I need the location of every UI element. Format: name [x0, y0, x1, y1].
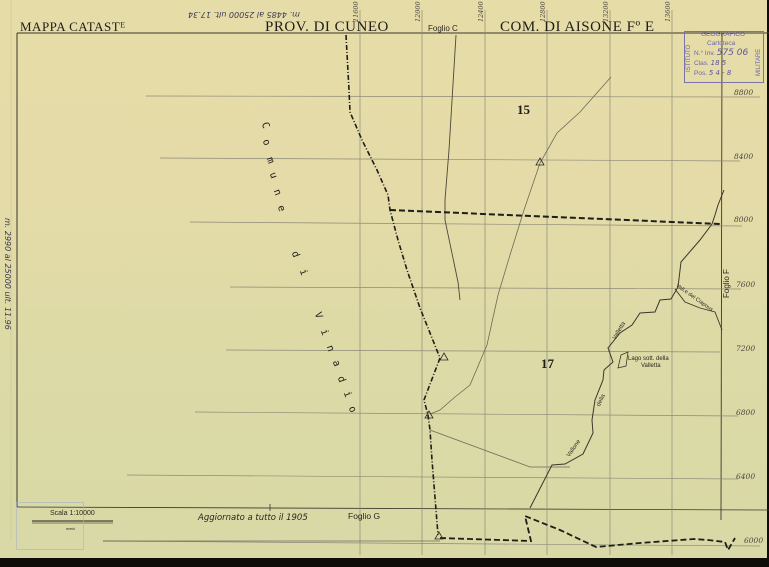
map-type-title: MAPPA CATASTᴱ: [20, 19, 126, 35]
stamp-inventory-label: N.° Inv.: [694, 50, 715, 57]
top-coord-label: 12800: [539, 1, 547, 22]
stamp-org-left: ISTITUTO: [686, 45, 692, 72]
right-coord-label: 6800: [736, 408, 755, 417]
parcel-number-15: 15: [517, 102, 530, 118]
stamp-class-value: 18 5: [711, 59, 727, 67]
top-coord-label: 11600: [352, 1, 360, 22]
right-coord-label: 6400: [736, 472, 755, 481]
lago-label-line1: Lago sott. della: [628, 356, 669, 362]
top-coord-label: 12400: [477, 1, 485, 22]
stamp-class: Clas. 18 5: [694, 59, 726, 67]
foglio-f-label: Foglio F: [722, 269, 731, 298]
stamp-cartoteca: Cartoteca: [707, 40, 735, 47]
stamp-position-label: Pos.: [694, 70, 707, 77]
province-title: PROV. DI CUNEO: [265, 19, 389, 36]
parcel-number-17: 17: [541, 356, 554, 372]
stamp-org-right: MILITARE: [756, 49, 762, 76]
lago-label-line2: Valletta: [641, 363, 661, 369]
foglio-g-label: Foglio G: [348, 511, 380, 521]
right-coord-label: 8800: [734, 88, 753, 97]
right-coord-label: 7200: [736, 344, 755, 353]
top-coord-label: 13600: [664, 1, 672, 22]
handwritten-inventory-note: m. 4485 al 25000 ult. 17.34: [188, 10, 300, 19]
stamp-inventory-value: 575 06: [717, 48, 749, 58]
map-linework: [0, 0, 769, 567]
scale-bar: Scala 1:10000 metri: [28, 510, 123, 530]
stamp-inventory: N.° Inv. 575 06: [694, 48, 748, 58]
scale-unit-label: metri: [66, 526, 75, 531]
foglio-c-label: Foglio C: [428, 24, 458, 33]
top-coord-label: 13200: [602, 1, 610, 22]
cadastral-map-sheet: MAPPA CATASTᴱ PROV. DI CUNEO COM. DI AIS…: [0, 0, 767, 558]
municipality-title: COM. DI AISONE Fº E: [500, 19, 655, 36]
istituto-geografico-militare-stamp: GEOGRAFICO Cartoteca N.° Inv. 575 06 Cla…: [684, 31, 764, 83]
stamp-position-value: 5 4 - 8: [709, 69, 732, 77]
right-coord-label: 8400: [734, 152, 753, 161]
right-coord-label: 6000: [744, 536, 763, 545]
right-coord-label: 8000: [734, 215, 753, 224]
stamp-org-top: GEOGRAFICO: [701, 31, 745, 38]
top-coord-label: 12000: [414, 1, 422, 22]
updated-note: Aggiornato a tutto il 1905: [198, 513, 308, 523]
stamp-class-label: Clas.: [694, 60, 709, 67]
right-coord-label: 7600: [736, 280, 755, 289]
scale-label: Scala 1:10000: [50, 510, 95, 517]
stamp-position: Pos. 5 4 - 8: [694, 69, 731, 77]
handwritten-side-note: m. 2990 al 25000 ult. 11.96: [3, 218, 12, 330]
